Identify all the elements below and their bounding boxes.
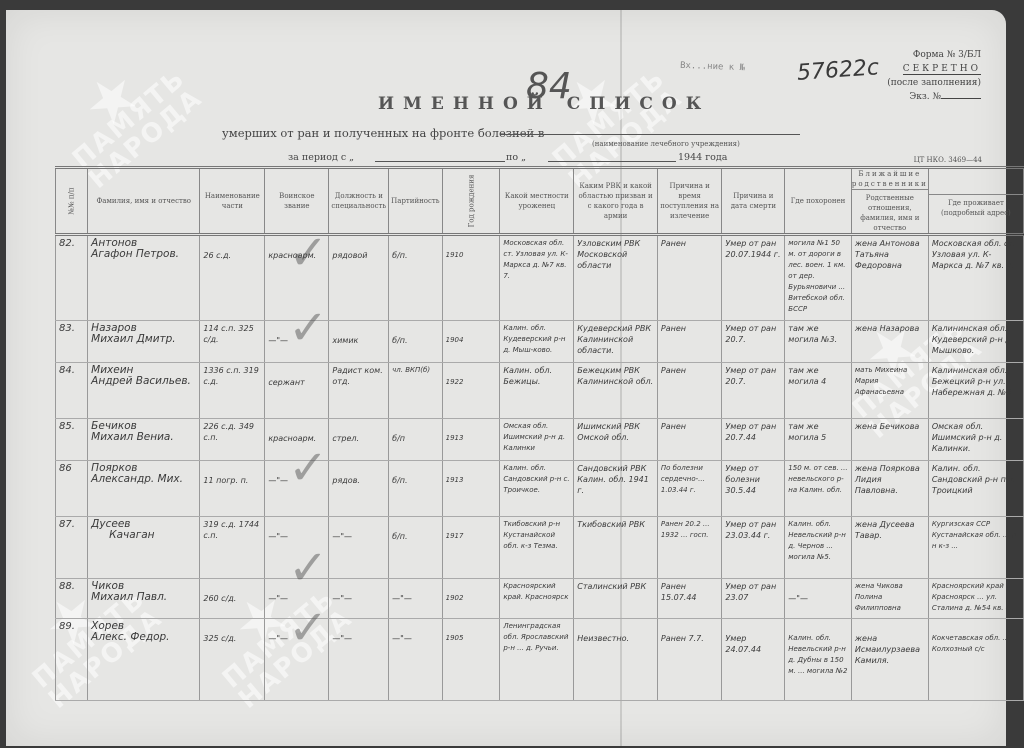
position: химик bbox=[329, 321, 389, 363]
unit: 260 с/д. bbox=[200, 579, 265, 619]
birthplace: Калин. обл. Кудеверский р-н д. Мыш-ково. bbox=[500, 321, 574, 363]
birthplace: Московская обл. ст. Узловая ул. К-Маркса… bbox=[500, 235, 574, 321]
row-number: 86 bbox=[56, 461, 88, 517]
rvk: Узловским РВК Московской области bbox=[574, 235, 658, 321]
death: Умер от ран 23.07 bbox=[722, 579, 785, 619]
admission: Ранен 7.7. bbox=[657, 619, 722, 701]
death: Умер от ран 20.7.44 bbox=[722, 419, 785, 461]
burial-place: —"— bbox=[785, 579, 852, 619]
relative-address: Московская обл. ст. Узловая ул. К-Маркса… bbox=[928, 235, 1023, 321]
burial-place: там же могила №3. bbox=[785, 321, 852, 363]
rvk: Бежецким РВК Калининской обл. bbox=[574, 363, 658, 419]
page-title: ИМЕННОЙ СПИСОК bbox=[378, 94, 710, 114]
position: рядовой bbox=[329, 235, 389, 321]
form-info: Форма № 3/БЛ СЕКРЕТНО (после заполнения)… bbox=[887, 48, 981, 104]
table-row: 89. ХоревАлекс. Федор. 325 с/д. —"— —"— … bbox=[56, 619, 1024, 701]
birth-year: 1922 bbox=[442, 363, 500, 419]
death: Умер от ран 20.7. bbox=[722, 321, 785, 363]
party: б/п. bbox=[389, 461, 442, 517]
table-header: №№ п/п Фамилия, имя и отчество Наименова… bbox=[56, 168, 1024, 235]
col-birthplace: Какой местности уроженец bbox=[500, 168, 574, 235]
birth-year: 1917 bbox=[442, 517, 500, 579]
unit: 26 с.д. bbox=[200, 235, 265, 321]
rank: сержант bbox=[265, 363, 329, 419]
relative: жена Бечикова bbox=[851, 419, 928, 461]
rvk: Ткибовский РВК bbox=[574, 517, 658, 579]
rvk: Сталинский РВК bbox=[574, 579, 658, 619]
rvk: Ишимский РВК Омской обл. bbox=[574, 419, 658, 461]
full-name: ЧиковМихаил Павл. bbox=[88, 579, 200, 619]
party: б/п. bbox=[389, 235, 442, 321]
copy-label: Экз. № bbox=[909, 92, 941, 102]
unit: 319 с.д. 1744 с.п. bbox=[200, 517, 265, 579]
period-to-label: по „ bbox=[506, 152, 526, 163]
position: рядов. bbox=[329, 461, 389, 517]
unit: 1336 с.п. 319 с.д. bbox=[200, 363, 265, 419]
col-position: Должность и специальность bbox=[329, 168, 389, 235]
col-buried: Где похоронен bbox=[785, 168, 852, 235]
party: б/п. bbox=[389, 517, 442, 579]
full-name: ДусеевКачаган bbox=[88, 517, 200, 579]
death: Умер от болезни 30.5.44 bbox=[722, 461, 785, 517]
relative-address: Красноярский край г. Красноярск ... ул. … bbox=[928, 579, 1023, 619]
table-row: 88. ЧиковМихаил Павл. 260 с/д. —"— —"— —… bbox=[56, 579, 1024, 619]
death: Умер 24.07.44 bbox=[722, 619, 785, 701]
admission: Ранен bbox=[657, 363, 722, 419]
rvk: Неизвестно. bbox=[574, 619, 658, 701]
birth-year: 1910 bbox=[442, 235, 500, 321]
death-list-table: №№ п/п Фамилия, имя и отчество Наименова… bbox=[55, 166, 1024, 701]
admission: Ранен bbox=[657, 235, 722, 321]
relative: жена Чикова Полина Филипповна bbox=[851, 579, 928, 619]
period-year: 1944 года bbox=[678, 152, 727, 163]
col-death: Причина и дата смерти bbox=[722, 168, 785, 235]
row-number: 87. bbox=[56, 517, 88, 579]
relative-address: Омская обл. Ишимский р-н д. Калинки. bbox=[928, 419, 1023, 461]
check-mark: ✓ bbox=[288, 540, 328, 596]
admission: Ранен bbox=[657, 419, 722, 461]
relative: жена Антонова Татьяна Федоровна bbox=[851, 235, 928, 321]
check-mark: ✓ bbox=[288, 600, 328, 656]
institution-field bbox=[500, 134, 800, 135]
party: б/п. bbox=[389, 321, 442, 363]
row-number: 89. bbox=[56, 619, 88, 701]
full-name: ПоярковАлександр. Мих. bbox=[88, 461, 200, 517]
check-mark: ✓ bbox=[288, 440, 328, 496]
birth-year: 1913 bbox=[442, 461, 500, 517]
relative-address: Калин. обл. Сандовский р-н пос. Троицкий bbox=[928, 461, 1023, 517]
burial-place: там же могила 5 bbox=[785, 419, 852, 461]
form-number: Форма № 3/БЛ bbox=[887, 48, 981, 62]
birthplace: Омская обл. Ишимский р-н д. Калинки bbox=[500, 419, 574, 461]
position: Радист ком. отд. bbox=[329, 363, 389, 419]
col-address: Где проживает (подробный адрес) bbox=[928, 168, 1023, 235]
admission: Ранен 20.2 ... 1932 ... госп. bbox=[657, 517, 722, 579]
table-row: 85. БечиковМихаил Вениа. 226 с.д. 349 с.… bbox=[56, 419, 1024, 461]
col-unit: Наименование части bbox=[200, 168, 265, 235]
relative-address: Калининская обл. Кудеверский р-н д. Мышк… bbox=[928, 321, 1023, 363]
full-name: БечиковМихаил Вениа. bbox=[88, 419, 200, 461]
relative-address: Калининская обл. Бежецкий р-н ул. Набере… bbox=[928, 363, 1023, 419]
table-row: 83. НазаровМихаил Дмитр. 114 с.п. 325 с/… bbox=[56, 321, 1024, 363]
table-row: 86 ПоярковАлександр. Мих. 11 погр. п. —"… bbox=[56, 461, 1024, 517]
position: —"— bbox=[329, 517, 389, 579]
party: —"— bbox=[389, 619, 442, 701]
full-name: НазаровМихаил Дмитр. bbox=[88, 321, 200, 363]
position: —"— bbox=[329, 579, 389, 619]
burial-place: Калин. обл. Невельский р-н д. Чернов ...… bbox=[785, 517, 852, 579]
burial-place: могила №1 50 м. от дороги в лес. воен. 1… bbox=[785, 235, 852, 321]
print-code: ЦТ НКО. 3469—44 bbox=[914, 156, 982, 164]
birth-year: 1913 bbox=[442, 419, 500, 461]
position: стрел. bbox=[329, 419, 389, 461]
institution-caption: (наименование лечебного учреждения) bbox=[592, 140, 740, 148]
check-mark: ✓ bbox=[288, 225, 328, 281]
table-row: 84. МихеинАндрей Васильев. 1336 с.п. 319… bbox=[56, 363, 1024, 419]
birth-year: 1905 bbox=[442, 619, 500, 701]
death: Умер от ран 23.03.44 г. bbox=[722, 517, 785, 579]
party: чл. ВКП(б) bbox=[389, 363, 442, 419]
full-name: АнтоновАгафон Петров. bbox=[88, 235, 200, 321]
relatives-group-header: Ближайшие родственники bbox=[852, 169, 928, 190]
period-to-field bbox=[548, 161, 676, 162]
relative: жена Исмаилурзаева Камиля. bbox=[851, 619, 928, 701]
col-birth-year: Год рождения bbox=[442, 168, 500, 235]
unit: 226 с.д. 349 с.п. bbox=[200, 419, 265, 461]
birth-year: 1904 bbox=[442, 321, 500, 363]
full-name: ХоревАлекс. Федор. bbox=[88, 619, 200, 701]
classification-note: (после заполнения) bbox=[887, 76, 981, 90]
relative-address: Кургизская ССР Кустанайская обл. ... р-н… bbox=[928, 517, 1023, 579]
row-number: 83. bbox=[56, 321, 88, 363]
birthplace: Ленинградская обл. Ярославский р-н ... д… bbox=[500, 619, 574, 701]
rvk: Сандовский РВК Калин. обл. 1941 г. bbox=[574, 461, 658, 517]
relative: жена Назарова bbox=[851, 321, 928, 363]
relative: мать Михеина Мария Афанасьевна bbox=[851, 363, 928, 419]
unit: 114 с.п. 325 с/д. bbox=[200, 321, 265, 363]
row-number: 85. bbox=[56, 419, 88, 461]
table-row: 82. АнтоновАгафон Петров. 26 с.д. красно… bbox=[56, 235, 1024, 321]
party: б/п bbox=[389, 419, 442, 461]
birthplace: Красноярский край. Красноярск bbox=[500, 579, 574, 619]
birthplace: Ткибовский р-н Кустанайской обл. к-з Тез… bbox=[500, 517, 574, 579]
col-party: Партийность bbox=[389, 168, 442, 235]
relative: жена Дусеева Тавар. bbox=[851, 517, 928, 579]
position: —"— bbox=[329, 619, 389, 701]
birthplace: Калин. обл. Сандовский р-н с. Троичкое. bbox=[500, 461, 574, 517]
subtitle: умерших от ран и полученных на фронте бо… bbox=[222, 126, 544, 140]
admission: Ранен bbox=[657, 321, 722, 363]
full-name: МихеинАндрей Васильев. bbox=[88, 363, 200, 419]
relative-address: Кокчетавская обл. ... Колхозный с/с bbox=[928, 619, 1023, 701]
col-relative: Ближайшие родственникиРодственные отноше… bbox=[851, 168, 928, 235]
unit: 325 с/д. bbox=[200, 619, 265, 701]
row-number: 88. bbox=[56, 579, 88, 619]
relative: жена Пояркова Лидия Павловна. bbox=[851, 461, 928, 517]
rvk: Кудеверский РВК Калининской области. bbox=[574, 321, 658, 363]
birthplace: Калин. обл. Бежицы. bbox=[500, 363, 574, 419]
col-number: №№ п/п bbox=[56, 168, 88, 235]
party: —"— bbox=[389, 579, 442, 619]
check-mark: ✓ bbox=[288, 300, 328, 356]
burial-place: там же могила 4 bbox=[785, 363, 852, 419]
col-rvk: Каким РВК и какой областью призван и с к… bbox=[574, 168, 658, 235]
death: Умер от ран 20.07.1944 г. bbox=[722, 235, 785, 321]
admission: По болезни сердечно-... 1.03.44 г. bbox=[657, 461, 722, 517]
col-name: Фамилия, имя и отчество bbox=[88, 168, 200, 235]
burial-place: Калин. обл. Невельский р-н д. Дубны в 15… bbox=[785, 619, 852, 701]
admission: Ранен 15.07.44 bbox=[657, 579, 722, 619]
table-row: 87. ДусеевКачаган 319 с.д. 1744 с.п. —"—… bbox=[56, 517, 1024, 579]
period-from-label: за период с „ bbox=[288, 152, 354, 163]
row-number: 82. bbox=[56, 235, 88, 321]
col-admission: Причина и время поступления на излечение bbox=[657, 168, 722, 235]
death: Умер от ран 20.7. bbox=[722, 363, 785, 419]
birth-year: 1902 bbox=[442, 579, 500, 619]
classification: СЕКРЕТНО bbox=[903, 64, 981, 75]
burial-place: 150 м. от сев. ... невельского р-на Кали… bbox=[785, 461, 852, 517]
row-number: 84. bbox=[56, 363, 88, 419]
period-from-field bbox=[375, 161, 505, 162]
unit: 11 погр. п. bbox=[200, 461, 265, 517]
